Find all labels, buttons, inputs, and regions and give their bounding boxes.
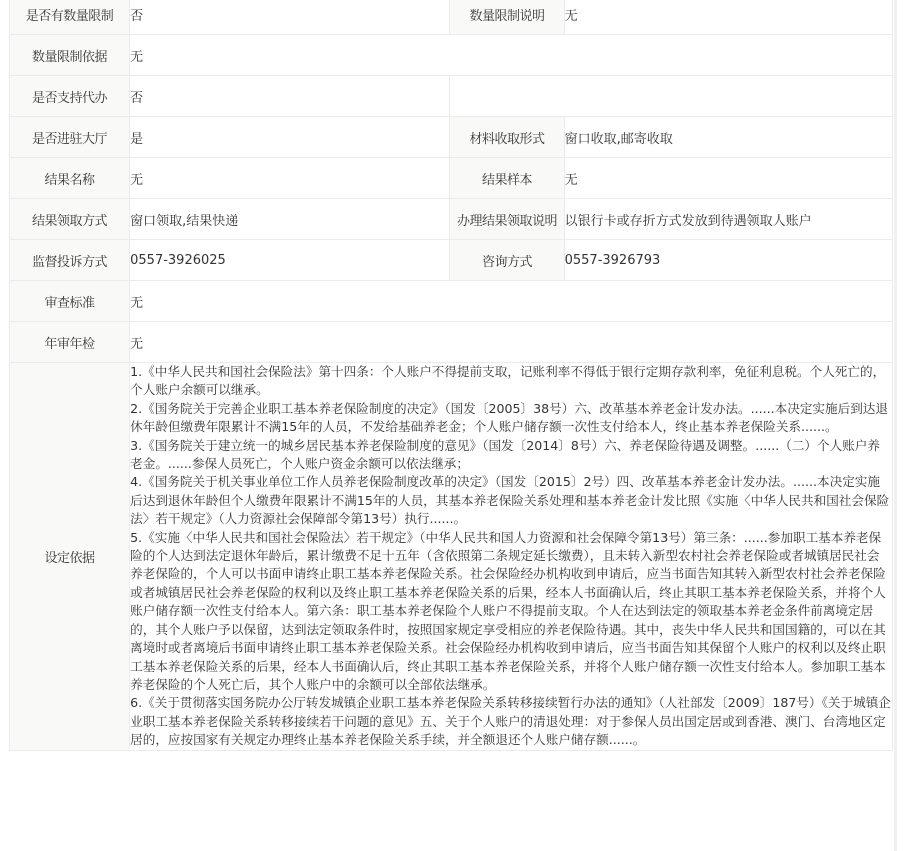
result-name-value: 无	[130, 158, 450, 199]
proxy-supported-value: 否	[130, 76, 450, 117]
result-pickup-note-label: 办理结果领取说明	[450, 199, 564, 240]
complaint-phone: 0557-3926025	[130, 240, 450, 281]
table-row: 设定依据 1.《中华人民共和国社会保险法》第十四条：个人账户不得提前支取，记账利…	[10, 363, 893, 751]
result-pickup-label: 结果领取方式	[10, 199, 130, 240]
legal-basis-item: 6.《关于贯彻落实国务院办公厅转发城镇企业职工基本养老保险关系转移接续暂行办法的…	[130, 694, 892, 749]
quantity-limit-basis-value: 无	[130, 35, 893, 76]
in-hall-value: 是	[130, 117, 450, 158]
table-row: 是否有数量限制 否 数量限制说明 无	[10, 0, 893, 35]
consult-phone: 0557-3926793	[564, 240, 892, 281]
result-pickup-note-value: 以银行卡或存折方式发放到待遇领取人账户	[564, 199, 892, 240]
legal-basis-label: 设定依据	[10, 363, 130, 751]
table-row: 结果领取方式 窗口领取,结果快递 办理结果领取说明 以银行卡或存折方式发放到待遇…	[10, 199, 893, 240]
annual-review-value: 无	[130, 322, 893, 363]
quantity-limit-basis-label: 数量限制依据	[10, 35, 130, 76]
legal-basis-item: 1.《中华人民共和国社会保险法》第十四条：个人账户不得提前支取，记账利率不得低于…	[130, 363, 892, 400]
table-row: 监督投诉方式 0557-3926025 咨询方式 0557-3926793	[10, 240, 893, 281]
quantity-limit-label: 是否有数量限制	[10, 0, 130, 35]
review-standard-value: 无	[130, 281, 893, 322]
result-sample-value: 无	[564, 158, 892, 199]
table-row: 结果名称 无 结果样本 无	[10, 158, 893, 199]
legal-basis-item: 2.《国务院关于完善企业职工基本养老保险制度的决定》（国发〔2005〕38号）六…	[130, 400, 892, 437]
scrollbar-track[interactable]	[894, 0, 897, 851]
quantity-limit-value: 否	[130, 0, 450, 35]
consult-label: 咨询方式	[450, 240, 564, 281]
legal-basis-item: 5.《实施〈中华人民共和国社会保险法〉若干规定》（中华人民共和国人力资源和社会保…	[130, 529, 892, 695]
in-hall-label: 是否进驻大厅	[10, 117, 130, 158]
service-info-table: 是否有数量限制 否 数量限制说明 无 数量限制依据 无 是否支持代办 否 是否进…	[9, 0, 893, 751]
result-name-label: 结果名称	[10, 158, 130, 199]
table-row: 审查标准 无	[10, 281, 893, 322]
proxy-supported-label: 是否支持代办	[10, 76, 130, 117]
result-sample-label: 结果样本	[450, 158, 564, 199]
table-row: 年审年检 无	[10, 322, 893, 363]
legal-basis-item: 4.《国务院关于机关事业单位工作人员养老保险制度改革的决定》（国发〔2015〕2…	[130, 473, 892, 528]
empty-cell	[450, 76, 893, 117]
material-collection-value: 窗口收取,邮寄收取	[564, 117, 892, 158]
quantity-limit-note-label: 数量限制说明	[450, 0, 564, 35]
table-row: 数量限制依据 无	[10, 35, 893, 76]
legal-basis-item: 3.《国务院关于建立统一的城乡居民基本养老保险制度的意见》（国发〔2014〕8号…	[130, 437, 892, 474]
annual-review-label: 年审年检	[10, 322, 130, 363]
complaint-label: 监督投诉方式	[10, 240, 130, 281]
table-row: 是否进驻大厅 是 材料收取形式 窗口收取,邮寄收取	[10, 117, 893, 158]
service-info-table-container: 是否有数量限制 否 数量限制说明 无 数量限制依据 无 是否支持代办 否 是否进…	[9, 0, 893, 751]
result-pickup-value: 窗口领取,结果快递	[130, 199, 450, 240]
quantity-limit-note-value: 无	[564, 0, 892, 35]
legal-basis-content: 1.《中华人民共和国社会保险法》第十四条：个人账户不得提前支取，记账利率不得低于…	[130, 363, 893, 751]
material-collection-label: 材料收取形式	[450, 117, 564, 158]
review-standard-label: 审查标准	[10, 281, 130, 322]
table-row: 是否支持代办 否	[10, 76, 893, 117]
